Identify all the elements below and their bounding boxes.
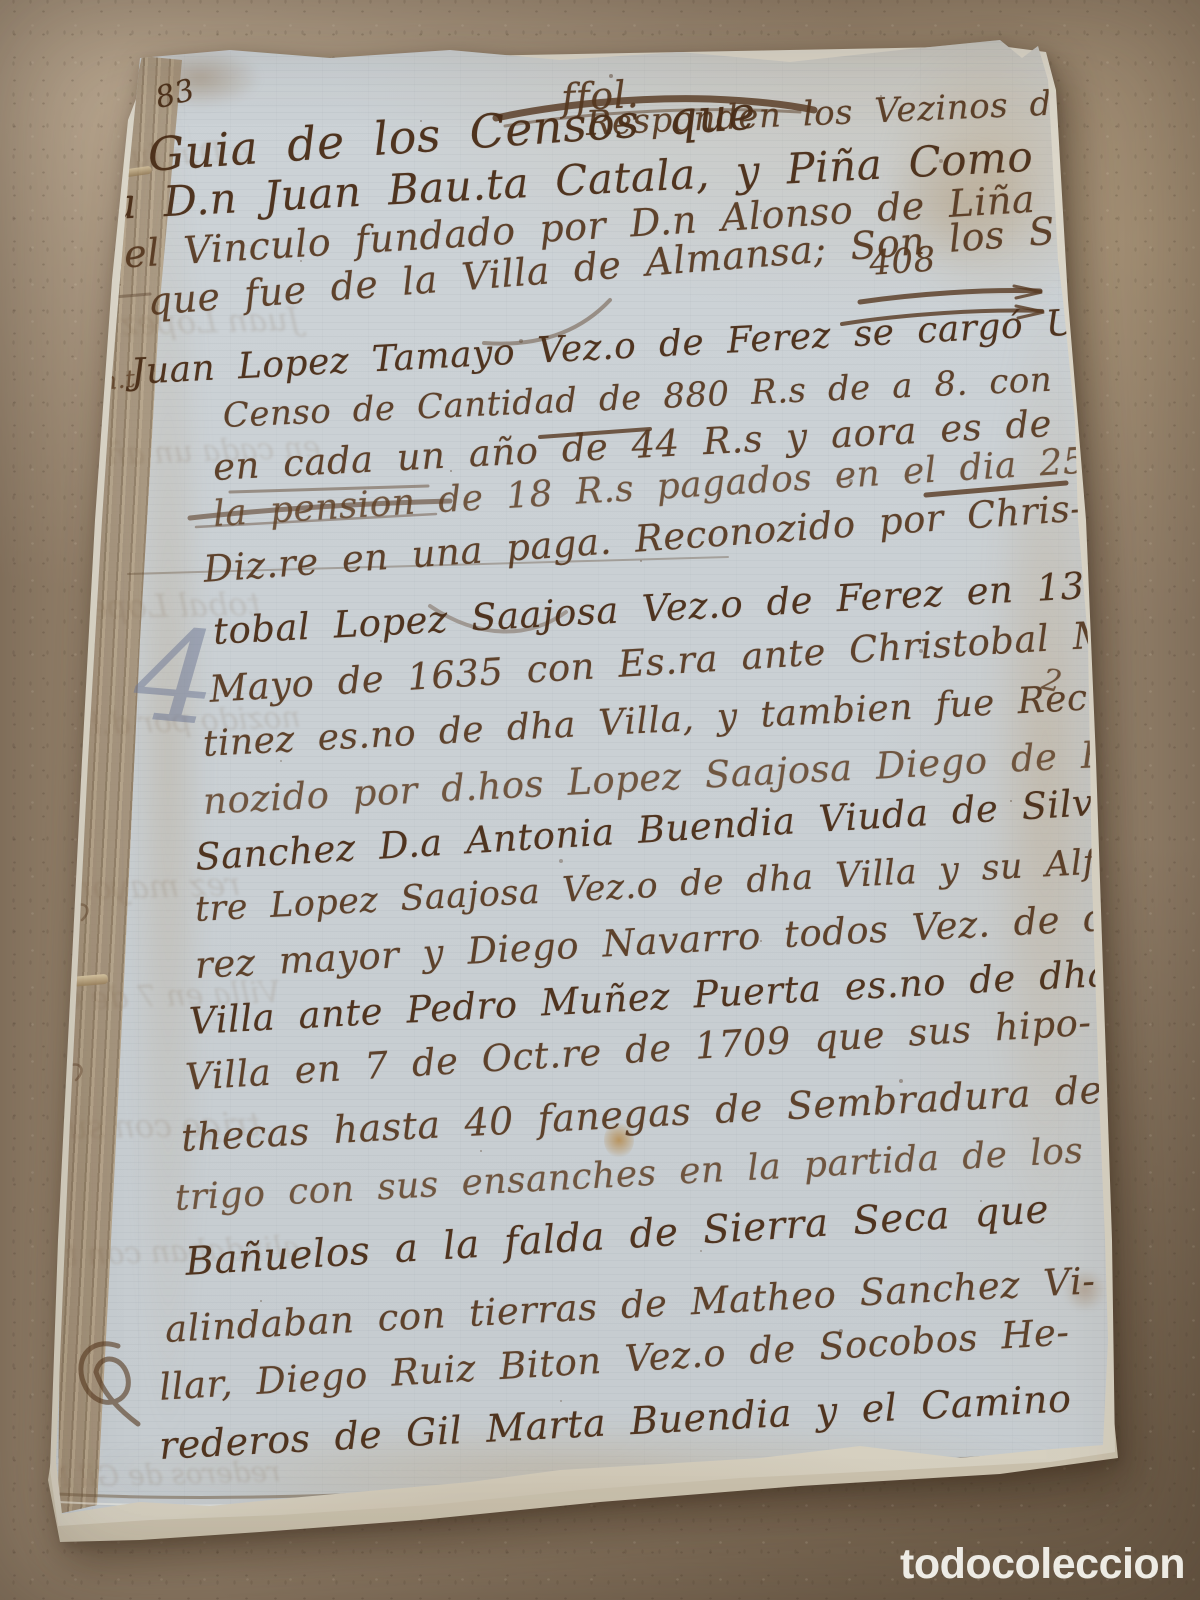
site-watermark: todocoleccion: [900, 1540, 1185, 1589]
paper-stack: a D.n Juan Bau.ta Catala, y Piña Como Po…: [0, 0, 1200, 1600]
margin-squiggle: [69, 448, 85, 466]
photo-of-manuscript: a D.n Juan Bau.ta Catala, y Piña Como Po…: [0, 0, 1200, 1600]
manuscript-page: a D.n Juan Bau.ta Catala, y Piña Como Po…: [0, 0, 1200, 1600]
margin-squiggle: [92, 149, 107, 164]
crease-line: [55, 285, 120, 290]
margin-squiggle: [64, 519, 80, 534]
ink-spatter: [0, 0, 2, 2]
